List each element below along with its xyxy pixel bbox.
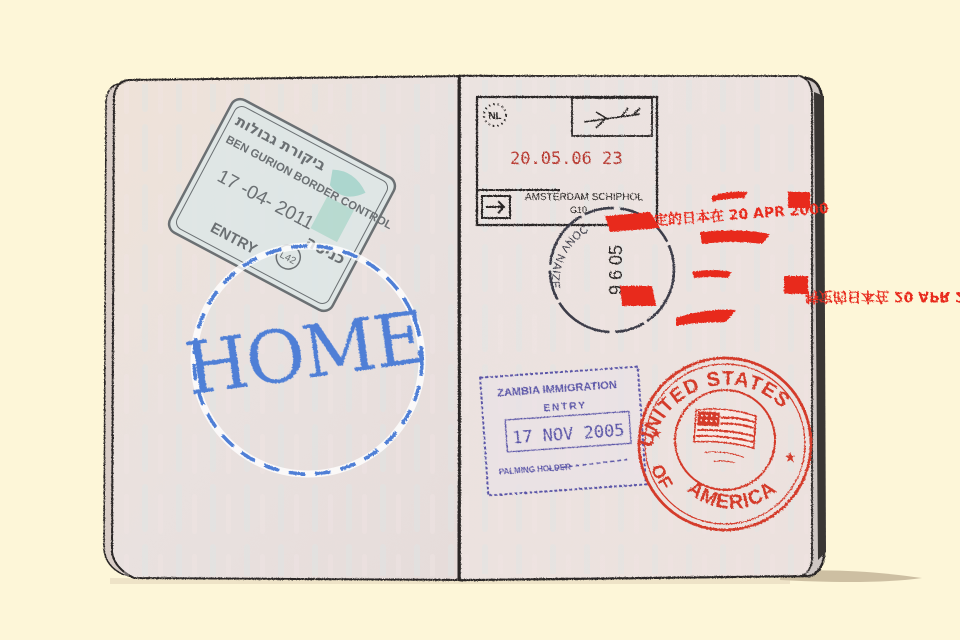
star-icon: ★ <box>784 450 797 466</box>
zambia-immigration-stamp: ZAMBIA IMMIGRATION ENTRY 17 NOV 2005 PAL… <box>480 367 646 496</box>
nl-date: 20.05.06 23 <box>510 149 623 169</box>
nl-location: AMSTERDAM SCHIPHOL <box>525 192 643 203</box>
passport-illustration: ביקורת גבולות BEN GURION BORDER CONTROL … <box>0 0 960 640</box>
nl-sub: G10 <box>570 205 587 215</box>
japan-bottom-text: 特定的日本在 20 APR 2000 <box>805 288 960 305</box>
star-icon: ★ <box>650 426 663 442</box>
spine <box>458 76 459 580</box>
nl-country-code: NL <box>488 111 501 122</box>
